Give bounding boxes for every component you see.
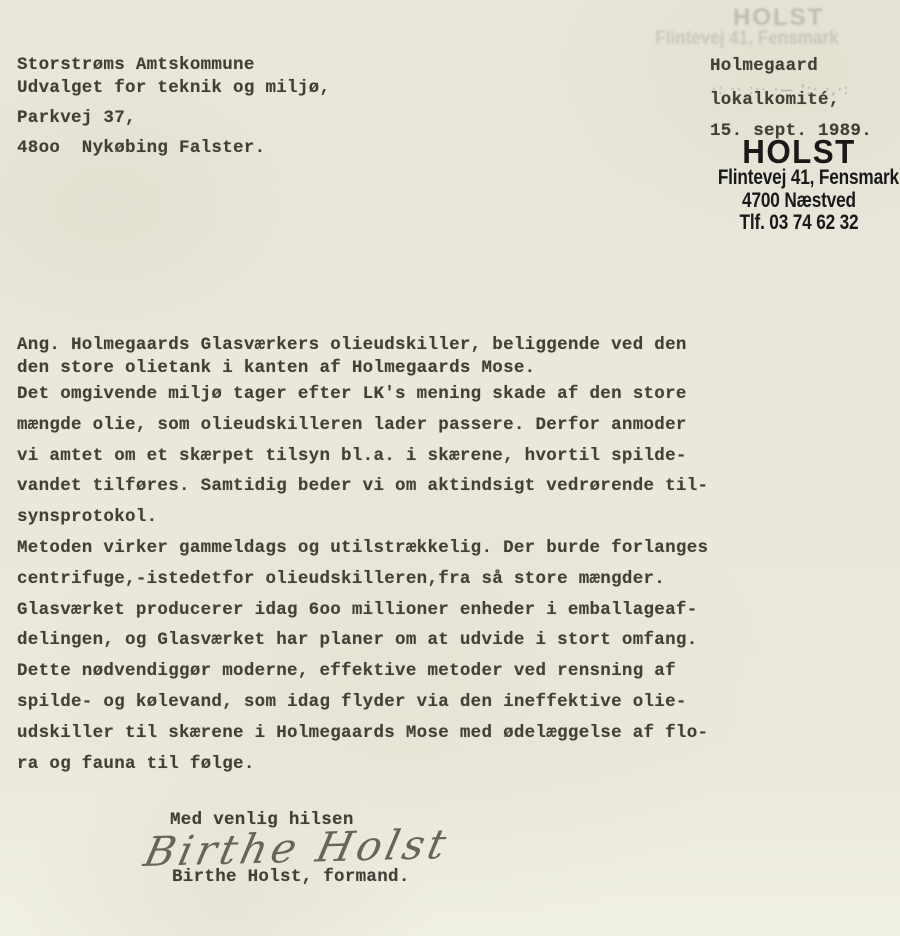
stamp-city: 4700 Næstved [718,190,880,213]
body-line: Dette nødvendiggør moderne, effektive me… [17,656,708,687]
body-line: udskiller til skærene i Holmegaards Mose… [17,718,708,749]
address-stamp: HOLST Flintevej 41, Fensmark 4700 Næstve… [700,137,898,235]
subject-line-2: den store olietank i kanten af Holmegaar… [17,358,535,378]
recipient-line-4: 48oo Nykøbing Falster. [17,138,265,158]
sender-org-line-2: lokalkomité, [710,90,840,110]
sender-org-line-1: Holmegaard [710,56,818,76]
stamp-address: Flintevej 41, Fensmark [718,167,880,190]
stamp-phone: Tlf. 03 74 62 32 [718,212,880,235]
body-line: mængde olie, som olieudskilleren lader p… [17,410,708,441]
body-line: vandet tilføres. Samtidig beder vi om ak… [17,471,708,502]
letter-body: Det omgivende miljø tager efter LK's men… [17,379,708,779]
body-line: Glasværket producerer idag 6oo millioner… [17,595,708,626]
body-line: centrifuge,-istedetfor olieudskilleren,f… [17,564,708,595]
stamp-name: HOLST [705,137,893,167]
body-line: vi amtet om et skærpet tilsyn bl.a. i sk… [17,441,708,472]
body-line: spilde- og kølevand, som idag flyder via… [17,687,708,718]
body-line: delingen, og Glasværket har planer om at… [17,625,708,656]
recipient-line-2: Udvalget for teknik og miljø, [17,78,330,98]
signature-typed-name: Birthe Holst, formand. [172,867,410,887]
recipient-line-1: Storstrøms Amtskommune [17,55,255,75]
subject-line-1: Ang. Holmegaards Glasværkers olieudskill… [17,335,687,355]
body-line: ra og fauna til følge. [17,749,708,780]
body-line: synsprotokol. [17,502,708,533]
letter-page: Storstrøms Amtskommune Udvalget for tekn… [0,0,900,936]
recipient-line-3: Parkvej 37, [17,108,136,128]
body-line: Det omgivende miljø tager efter LK's men… [17,379,708,410]
body-line: Metoden virker gammeldags og utilstrække… [17,533,708,564]
ghost-stamp-address: Flintevej 41, Fensmark [655,28,838,50]
